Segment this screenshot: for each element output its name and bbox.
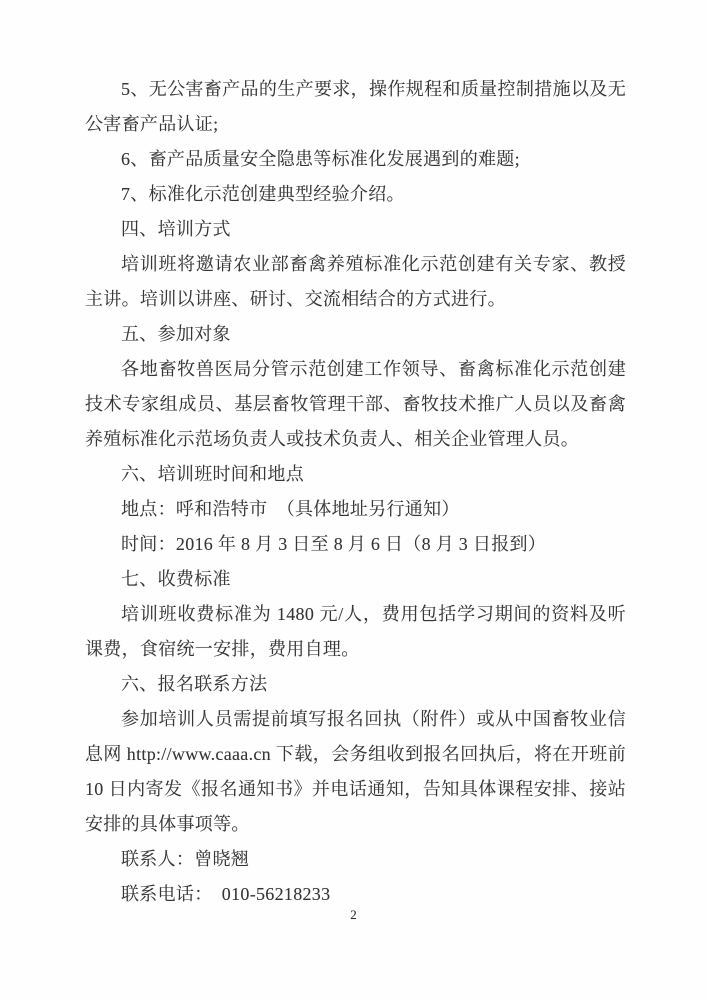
para-location: 地点：呼和浩特市 （具体地址另行通知） [85, 492, 626, 527]
heading-training-method: 四、培训方式 [85, 212, 626, 247]
list-item-7: 7、标准化示范创建典型经验介绍。 [85, 177, 626, 212]
heading-participants: 五、参加对象 [85, 317, 626, 352]
document-page: 5、无公害畜产品的生产要求，操作规程和质量控制措施以及无公害畜产品认证; 6、畜… [0, 0, 707, 1000]
page-number: 2 [0, 906, 707, 924]
list-item-6: 6、畜产品质量安全隐患等标准化发展遇到的难题; [85, 142, 626, 177]
list-item-5: 5、无公害畜产品的生产要求，操作规程和质量控制措施以及无公害畜产品认证; [85, 72, 626, 142]
document-body: 5、无公害畜产品的生产要求，操作规程和质量控制措施以及无公害畜产品认证; 6、畜… [85, 72, 626, 912]
para-time: 时间：2016 年 8 月 3 日至 8 月 6 日（8 月 3 日报到） [85, 527, 626, 562]
para-training-method: 培训班将邀请农业部畜禽养殖标准化示范创建有关专家、教授主讲。培训以讲座、研讨、交… [85, 247, 626, 317]
para-fees: 培训班收费标准为 1480 元/人，费用包括学习期间的资料及听课费，食宿统一安排… [85, 597, 626, 667]
para-registration: 参加培训人员需提前填写报名回执（附件）或从中国畜牧业信息网 http://www… [85, 702, 626, 842]
heading-time-location: 六、培训班时间和地点 [85, 457, 626, 492]
heading-registration: 六、报名联系方法 [85, 667, 626, 702]
heading-fees: 七、收费标准 [85, 562, 626, 597]
para-contact-person: 联系人：曾晓翘 [85, 842, 626, 877]
para-participants: 各地畜牧兽医局分管示范创建工作领导、畜禽标准化示范创建技术专家组成员、基层畜牧管… [85, 352, 626, 457]
